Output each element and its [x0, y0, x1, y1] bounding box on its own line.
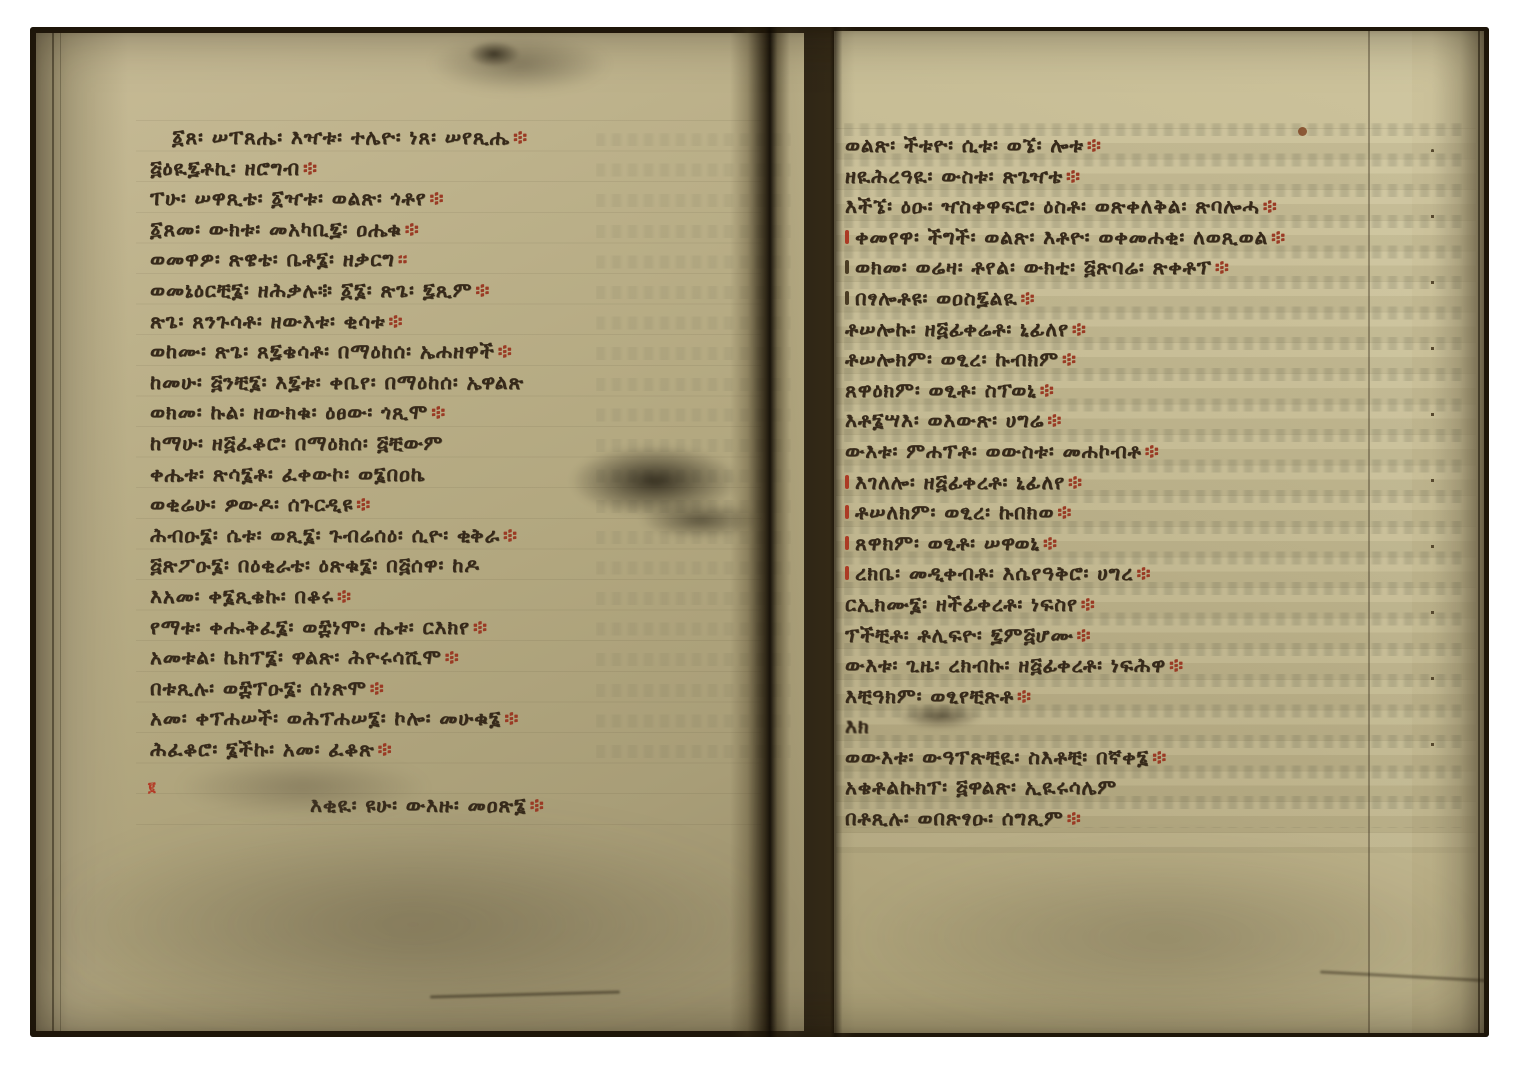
line-end-mark: ፨ [1145, 439, 1159, 463]
line-text: ወመኔዕርቺ፮፡ ዘሕቃሉ፨ ፩፮፡ ጽጌ፡ ፯ጺም [150, 278, 472, 302]
text-line: ውእቱ፡ ጊዜ፡ ረክብኩ፡ ዘ፭ፊቀረቶ፡ ነፍሕዋ፨ [845, 650, 1477, 681]
text-line: ወውእቱ፡ ውዓፕጽቺዪ፡ ስእቶቺ፡ በኛቀ፮፨ [845, 742, 1477, 773]
line-end-mark: ፨ [1021, 286, 1035, 310]
line-end-mark: ፨ [356, 492, 370, 516]
line-end-mark: ፨ [498, 339, 512, 363]
line-end-mark: ፨ [513, 125, 527, 149]
line-text: ወከሙ፡ ጽጌ፡ ጸ፯ቄሳቶ፡ በማዕከሰ፡ ኤሐዘዋች [150, 339, 495, 363]
line-end-mark: ፨ [1263, 194, 1277, 218]
right-page-text: ወልጽ፡ ችቱዮ፡ ሲቱ፡ ወኜ፡ ሎቱ፨ዘዪሕረዓዪ፡ ውስቱ፡ ጽጌዣቴ፨እ… [845, 130, 1477, 834]
text-line: ጸዋዕክም፡ ወፂቶ፡ ስፕወኒ፨ [845, 375, 1477, 406]
text-line: ቶሠለክም፡ ወፂረ፡ ኩበክወ፨ [845, 497, 1477, 528]
text-line: ርኢክሙ፮፡ ዘችፊቀረቶ፡ ነፍስየ፨ [845, 589, 1477, 620]
line-text: ጽጌ፡ ጸንጉሳቶ፡ ዘውእቱ፡ ቂሳቱ [150, 309, 386, 333]
line-end-mark: ፨ [1057, 500, 1071, 524]
text-line: ፐሁ፡ ሠዋጺቴ፡ ፩ዣቱ፡ ወልጽ፡ ጎቶየ፨ [150, 183, 758, 214]
text-line: ፭ዕዪ፯ቶኪ፡ ዘሮግብ፨ [150, 153, 758, 184]
text-line: ጸዋክም፡ ወፂቶ፡ ሠዋወኒ፨ [845, 528, 1477, 559]
text-line: ፭ጽፖዑ፮፡ በዕቂራቴ፡ ዕጽቁ፮፡ በ፭ሰዋ፡ ከዶ [150, 550, 758, 581]
line-text: ወልጽ፡ ችቱዮ፡ ሲቱ፡ ወኜ፡ ሎቱ [845, 133, 1084, 157]
text-line: ጽጌ፡ ጸንጉሳቶ፡ ዘውእቱ፡ ቂሳቱ፨ [150, 306, 758, 337]
line-end-mark: ፨ [370, 676, 384, 700]
line-end-mark: ፨ [337, 584, 351, 608]
line-end-mark: ፨ [1040, 378, 1054, 402]
line-text: ፭ዕዪ፯ቶኪ፡ ዘሮግብ [150, 156, 300, 180]
line-text: አመ፡ ቀፕሐሠች፡ ወሕፕሐሠ፮፡ ኮሎ፡ መሁቁ፮ [150, 706, 501, 730]
line-text: ረክቤ፡ መዲቀብቶ፡ እሴየዓቅሮ፡ ሀግረ [855, 561, 1133, 585]
page-edge-left [36, 33, 128, 1031]
text-line: ፕችቺቶ፡ ቶሊፍዮ፡ ፯ም፭ሆሙ፨ [845, 620, 1477, 651]
line-text: እገለሎ፡ ዘ፭ፊቀረቶ፡ ኒፊለየ [855, 470, 1065, 494]
line-end-mark: ፨ [1062, 347, 1076, 371]
text-line: አመቱል፡ ኬክፕ፮፡ ዋልጽ፡ ሕዮሩሳሺሞ፨ [150, 642, 758, 673]
line-text: እአመ፡ ቀ፮ጺቄኩ፡ በቆሩ [150, 584, 334, 608]
line-text: ሕፈቆሮ፡ ፮ችኩ፡ አመ፡ ፈቆጽ [150, 737, 375, 761]
line-text: እቶ፮ሣእ፡ ወእውጽ፡ ሀግሬ [845, 408, 1044, 432]
text-line: ፩ጸመ፡ ውክቱ፡ መአካቢ፯፡ ዐሔቁ፨ [150, 214, 758, 245]
line-end-mark: ፨ [445, 645, 459, 669]
line-text: ቶሠለክም፡ ወፂረ፡ ኩበክወ [855, 500, 1054, 524]
line-text: ወውእቱ፡ ውዓፕጽቺዪ፡ ስእቶቺ፡ በኛቀ፮ [845, 745, 1149, 769]
text-line: እቂዪ፡ ዩሁ፡ ውእዙ፡ መዐጽ፮፨ [310, 790, 758, 821]
line-text: በፃሎቶዩ፡ ወዐስ፯ልዪ [855, 286, 1018, 310]
line-text: ቶሠሎክም፡ ወፂረ፡ ኩብክም [845, 347, 1059, 371]
line-end-mark: ፨ [1215, 255, 1229, 279]
line-text: አመቱል፡ ኬክፕ፮፡ ዋልጽ፡ ሕዮሩሳሺሞ [150, 645, 442, 669]
line-end-mark: ፨ [473, 615, 487, 639]
text-line: በፃሎቶዩ፡ ወዐስ፯ልዪ፨ [845, 283, 1477, 314]
line-text: ሕብዑ፮፡ ሴቱ፡ ወጺ፮፡ ጉብሬሰዕ፡ ሲዮ፡ ቂቅራ [150, 523, 500, 547]
line-text: ቀመየዋ፡ ችግች፡ ወልጽ፡ እቶዮ፡ ወቀመሐቂ፡ ለወጺወል [855, 225, 1268, 249]
line-end-mark: ፨ [503, 523, 517, 547]
line-text: ውእቱ፡ ምሐፕቶ፡ ወውስቱ፡ መሐኮብቶ [845, 439, 1142, 463]
text-line: ወክመ፡ ወሬዛ፡ ቶየል፡ ውክቲ፡ ፭ጽባሬ፡ ጽቀቶፕ፨ [845, 252, 1477, 283]
red-lead-mark [845, 505, 849, 519]
red-lead-mark [845, 475, 849, 489]
line-end-mark: ፨ [303, 156, 317, 180]
text-line: ወቂሬሁ፡ ዎውዶ፡ ሰጉርዲዩ፨ [150, 489, 758, 520]
line-end-mark: ፨ [504, 706, 518, 730]
line-text: ፐሁ፡ ሠዋጺቴ፡ ፩ዣቱ፡ ወልጽ፡ ጎቶየ [150, 186, 426, 210]
line-end-mark: ፨ [1043, 531, 1057, 555]
line-end-mark: ፨ [1072, 317, 1086, 341]
text-line: ረክቤ፡ መዲቀብቶ፡ እሴየዓቅሮ፡ ሀግረ፨ [845, 558, 1477, 589]
left-page-text: ፩ጸ፡ ሠፐጸሔ፡ እዣቱ፡ ተሌዮ፡ ነጸ፡ ሠየጺሔ፨፭ዕዪ፯ቶኪ፡ ዘሮግ… [150, 122, 758, 821]
text-line: ወመዋዎ፡ ጽዌቴ፡ ቤቶ፮፡ ዘቃርግ፡፡ [150, 244, 758, 275]
line-text: ወክመ፡ ኩል፡ ዘውክቁ፡ ዕፀው፡ ጎጺሞ [150, 400, 428, 424]
text-line: በቶጺሉ፡ ወበጽፃዑ፡ ሰግጺም፨ [845, 803, 1477, 834]
red-lead-mark [845, 230, 849, 244]
text-line: ቶሠሎክም፡ ወፂረ፡ ኩብክም፨ [845, 344, 1477, 375]
line-end-mark: ፨ [378, 737, 392, 761]
text-line: ፩ጸ፡ ሠፐጸሔ፡ እዣቱ፡ ተሌዮ፡ ነጸ፡ ሠየጺሔ፨ [172, 122, 758, 153]
page-edge-line [1478, 31, 1480, 1033]
text-line: እቶ፮ሣእ፡ ወእውጽ፡ ሀግሬ፨ [845, 405, 1477, 436]
line-end-mark: ፨ [1017, 684, 1031, 708]
line-end-mark: ፨ [1169, 653, 1183, 677]
line-text: እቂዪ፡ ዩሁ፡ ውእዙ፡ መዐጽ፮ [310, 793, 527, 817]
text-line: የማቱ፡ ቀሑቅፈ፮፡ ወ፰ነሞ፡ ሔቱ፡ ርእክየ፨ [150, 612, 758, 643]
text-line: እችኜ፡ ዕዑ፡ ዣስቀዋፍሮ፡ ዕስቶ፡ ወጽቀለቅል፡ ጽባሎሓ፨ [845, 191, 1477, 222]
text-line: ውእቱ፡ ምሐፕቶ፡ ወውስቱ፡ መሐኮብቶ፨ [845, 436, 1477, 467]
line-text: ቶሠሎኩ፡ ዘ፭ፊቀሬቶ፡ ኒፊለየ [845, 317, 1069, 341]
text-line: እክ [845, 711, 1477, 742]
red-lead-mark [845, 291, 849, 305]
line-end-mark: ፨ [431, 400, 445, 424]
text-line: ሕብዑ፮፡ ሴቱ፡ ወጺ፮፡ ጉብሬሰዕ፡ ሲዮ፡ ቂቅራ፨ [150, 520, 758, 551]
text-line: እአመ፡ ቀ፮ጺቄኩ፡ በቆሩ፨ [150, 581, 758, 612]
line-end-mark: ፡፡ [398, 247, 407, 271]
line-end-mark: ፨ [1047, 408, 1061, 432]
line-text: እቺዓክም፡ ወፂየቺጽቶ [845, 684, 1014, 708]
text-line: ቀሔቱ፡ ጽሳ፮ቶ፡ ፈቀውኮ፡ ወ፮በዐኬ [150, 459, 758, 490]
line-text: በቱጺሉ፡ ወ፰ፕዑ፮፡ ሰነጽሞ [150, 676, 367, 700]
line-text: ፭ጽፖዑ፮፡ በዕቂራቴ፡ ዕጽቁ፮፡ በ፭ሰዋ፡ ከዶ [150, 553, 480, 577]
line-text: እችኜ፡ ዕዑ፡ ዣስቀዋፍሮ፡ ዕስቶ፡ ወጽቀለቅል፡ ጽባሎሓ [845, 194, 1260, 218]
line-text: ውእቱ፡ ጊዜ፡ ረክብኩ፡ ዘ፭ፊቀረቶ፡ ነፍሕዋ [845, 653, 1166, 677]
line-text: አቄቶልኩክፕ፡ ፭ዋልጽ፡ ኢዪሩሳሌም [845, 775, 1117, 799]
line-end-mark: ፨ [1152, 745, 1166, 769]
line-end-mark: ፨ [1067, 806, 1081, 830]
page-edge-line [52, 33, 54, 1031]
text-line: አቄቶልኩክፕ፡ ፭ዋልጽ፡ ኢዪሩሳሌም [845, 772, 1477, 803]
text-line: አመ፡ ቀፕሐሠች፡ ወሕፕሐሠ፮፡ ኮሎ፡ መሁቁ፮፨ [150, 703, 758, 734]
line-text: ወመዋዎ፡ ጽዌቴ፡ ቤቶ፮፡ ዘቃርግ [150, 247, 395, 271]
left-page: ፩ጸ፡ ሠፐጸሔ፡ እዣቱ፡ ተሌዮ፡ ነጸ፡ ሠየጺሔ፨፭ዕዪ፯ቶኪ፡ ዘሮግ… [36, 33, 804, 1031]
right-page: ወልጽ፡ ችቱዮ፡ ሲቱ፡ ወኜ፡ ሎቱ፨ዘዪሕረዓዪ፡ ውስቱ፡ ጽጌዣቴ፨እ… [834, 31, 1484, 1033]
line-end-mark: ፨ [1068, 470, 1082, 494]
line-text: ወክመ፡ ወሬዛ፡ ቶየል፡ ውክቲ፡ ፭ጽባሬ፡ ጽቀቶፕ [855, 255, 1212, 279]
line-end-mark: ፨ [530, 793, 544, 817]
text-line: እገለሎ፡ ዘ፭ፊቀረቶ፡ ኒፊለየ፨ [845, 467, 1477, 498]
line-text: ቀሔቱ፡ ጽሳ፮ቶ፡ ፈቀውኮ፡ ወ፮በዐኬ [150, 462, 426, 486]
text-line: በቱጺሉ፡ ወ፰ፕዑ፮፡ ሰነጽሞ፨ [150, 673, 758, 704]
line-text: ፩ጸመ፡ ውክቱ፡ መአካቢ፯፡ ዐሔቁ [150, 217, 402, 241]
red-lead-mark [845, 566, 849, 580]
line-text: ዘዪሕረዓዪ፡ ውስቱ፡ ጽጌዣቴ [845, 164, 1063, 188]
line-text: ጸዋዕክም፡ ወፂቶ፡ ስፕወኒ [845, 378, 1037, 402]
line-end-mark: ፨ [389, 309, 403, 333]
line-text: ርኢክሙ፮፡ ዘችፊቀረቶ፡ ነፍስየ [845, 592, 1078, 616]
text-line: ቶሠሎኩ፡ ዘ፭ፊቀሬቶ፡ ኒፊለየ፨ [845, 314, 1477, 345]
line-text: ፩ጸ፡ ሠፐጸሔ፡ እዣቱ፡ ተሌዮ፡ ነጸ፡ ሠየጺሔ [172, 125, 510, 149]
text-line: ወመኔዕርቺ፮፡ ዘሕቃሉ፨ ፩፮፡ ጽጌ፡ ፯ጺም፨ [150, 275, 758, 306]
book-spread: ፩ጸ፡ ሠፐጸሔ፡ እዣቱ፡ ተሌዮ፡ ነጸ፡ ሠየጺሔ፨፭ዕዪ፯ቶኪ፡ ዘሮግ… [30, 27, 1489, 1037]
line-end-mark: ፨ [1081, 592, 1095, 616]
text-line: ወልጽ፡ ችቱዮ፡ ሲቱ፡ ወኜ፡ ሎቱ፨ [845, 130, 1477, 161]
line-end-mark: ፨ [405, 217, 419, 241]
line-text: ጸዋክም፡ ወፂቶ፡ ሠዋወኒ [855, 531, 1040, 555]
line-text: ከማሁ፡ ዘ፭ፈቆሮ፡ በማዕክሰ፡ ፭ቺውም [150, 431, 443, 455]
text-line: ከመሁ፡ ፭ንቺ፮፡ እ፯ቱ፡ ቀቤየ፡ በማዕከሰ፡ ኤዋልጽ [150, 367, 758, 398]
line-end-mark: ፨ [1136, 561, 1150, 585]
line-end-mark: ፨ [475, 278, 489, 302]
red-lead-mark [845, 536, 849, 550]
text-line: ሕፈቆሮ፡ ፮ችኩ፡ አመ፡ ፈቆጽ፨ [150, 734, 758, 765]
red-lead-mark [845, 260, 849, 274]
text-line: ወክመ፡ ኩል፡ ዘውክቁ፡ ዕፀው፡ ጎጺሞ፨ [150, 397, 758, 428]
text-line: ከማሁ፡ ዘ፭ፈቆሮ፡ በማዕክሰ፡ ፭ቺውም [150, 428, 758, 459]
line-end-mark: ፨ [429, 186, 443, 210]
text-line: ዘዪሕረዓዪ፡ ውስቱ፡ ጽጌዣቴ፨ [845, 161, 1477, 192]
line-text: በቶጺሉ፡ ወበጽፃዑ፡ ሰግጺም [845, 806, 1064, 830]
line-end-mark: ፨ [1066, 164, 1080, 188]
line-text: ወቂሬሁ፡ ዎውዶ፡ ሰጉርዲዩ [150, 492, 353, 516]
line-text: እክ [845, 714, 870, 738]
line-text: የማቱ፡ ቀሑቅፈ፮፡ ወ፰ነሞ፡ ሔቱ፡ ርእክየ [150, 615, 470, 639]
line-text: ከመሁ፡ ፭ንቺ፮፡ እ፯ቱ፡ ቀቤየ፡ በማዕከሰ፡ ኤዋልጽ [150, 370, 524, 394]
line-end-mark: ፨ [1087, 133, 1101, 157]
manuscript-scan-photo: ፩ጸ፡ ሠፐጸሔ፡ እዣቱ፡ ተሌዮ፡ ነጸ፡ ሠየጺሔ፨፭ዕዪ፯ቶኪ፡ ዘሮግ… [0, 0, 1515, 1071]
red-margin-glyph: ፪ [148, 780, 156, 796]
text-line: እቺዓክም፡ ወፂየቺጽቶ፨ [845, 681, 1477, 712]
page-edge-line [60, 33, 61, 1031]
text-line: ቀመየዋ፡ ችግች፡ ወልጽ፡ እቶዮ፡ ወቀመሐቂ፡ ለወጺወል፨ [845, 222, 1477, 253]
text-line: ወከሙ፡ ጽጌ፡ ጸ፯ቄሳቶ፡ በማዕከሰ፡ ኤሐዘዋች፨ [150, 336, 758, 367]
line-end-mark: ፨ [1077, 623, 1091, 647]
line-text: ፕችቺቶ፡ ቶሊፍዮ፡ ፯ም፭ሆሙ [845, 623, 1074, 647]
line-end-mark: ፨ [1271, 225, 1285, 249]
